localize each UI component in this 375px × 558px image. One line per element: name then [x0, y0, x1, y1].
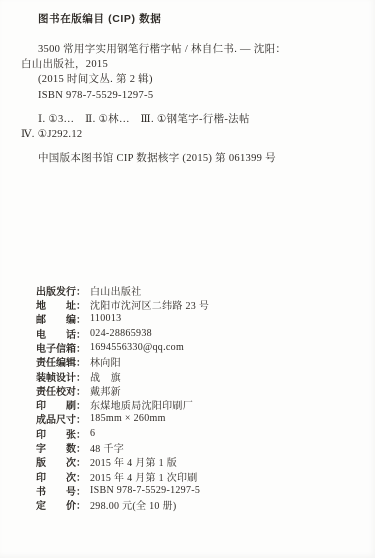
row-colon: ： [76, 454, 86, 469]
row-label: 责任校对 [36, 383, 76, 398]
row-value: ISBN 978-7-5529-1297-5 [90, 485, 200, 496]
row-value: 战 旗 [90, 369, 121, 384]
row-colon: ： [76, 383, 86, 398]
cip-line-title: 3500 常用字实用钢笔行楷字帖 / 林自仁书. — 沈阳： [21, 42, 367, 57]
cip-line-record-number: 中国版本图书馆 CIP 数据核字 (2015) 第 061399 号 [21, 151, 367, 166]
row-label: 电话 [36, 326, 76, 341]
colophon-row-wordcount: 字数：48 千字 [36, 440, 367, 454]
row-colon: ： [76, 426, 86, 441]
row-value: 沈阳市沈河区二纬路 23 号 [90, 297, 209, 312]
row-label: 地址 [36, 297, 76, 312]
row-label: 印张 [36, 426, 76, 441]
colophon-row-impression: 印次：2015 年 4 月第 1 次印刷 [36, 469, 367, 483]
row-value: 白山出版社 [90, 283, 142, 298]
row-value: 110013 [90, 313, 121, 324]
colophon-row-printer: 印刷：东煤地质局沈阳印刷厂 [36, 398, 367, 412]
row-colon: ： [76, 483, 86, 498]
colophon-row-address: 地址：沈阳市沈河区二纬路 23 号 [36, 297, 367, 311]
colophon-row-publisher: 出版发行：白山出版社 [36, 283, 367, 297]
colophon-section: 出版发行：白山出版社 地址：沈阳市沈河区二纬路 23 号 邮编：110013 电… [36, 283, 367, 512]
cip-line-class-number: Ⅳ. ①J292.12 [21, 127, 367, 142]
row-value: 东煤地质局沈阳印刷厂 [90, 397, 193, 412]
colophon-row-postcode: 邮编：110013 [36, 312, 367, 326]
colophon-row-proofreader: 责任校对：戴邦新 [36, 383, 367, 397]
cip-header: 图书在版编目 (CIP) 数据 [21, 13, 367, 25]
row-value: 185mm × 260mm [90, 413, 166, 424]
row-colon: ： [76, 369, 86, 384]
row-colon: ： [76, 326, 86, 341]
row-label: 字数 [36, 440, 76, 455]
row-label: 印次 [36, 469, 76, 484]
cip-line-classification: Ⅰ. ①3… Ⅱ. ①林… Ⅲ. ①钢笔字-行楷-法帖 [21, 112, 367, 127]
row-label: 定价 [36, 497, 76, 512]
row-label: 邮编 [36, 311, 76, 326]
row-colon: ： [76, 411, 86, 426]
row-colon: ： [76, 469, 86, 484]
row-label: 装帧设计 [36, 369, 76, 384]
row-colon: ： [76, 497, 86, 512]
row-value: 1694556330@qq.com [90, 342, 184, 353]
row-value: 48 千字 [90, 440, 124, 455]
row-colon: ： [76, 440, 86, 455]
row-colon: ： [76, 311, 86, 326]
colophon-row-phone: 电话：024-28865938 [36, 326, 367, 340]
colophon-row-price: 定价：298.00 元(全 10 册) [36, 498, 367, 512]
colophon-row-editor: 责任编辑：林向阳 [36, 355, 367, 369]
row-label: 书号 [36, 483, 76, 498]
row-value: 298.00 元(全 10 册) [90, 497, 176, 512]
copyright-page: 图书在版编目 (CIP) 数据 3500 常用字实用钢笔行楷字帖 / 林自仁书.… [0, 0, 375, 558]
row-label: 版次 [36, 454, 76, 469]
row-value: 024-28865938 [90, 328, 152, 339]
row-value: 2015 年 4 月第 1 版 [90, 454, 177, 469]
colophon-row-edition: 版次：2015 年 4 月第 1 版 [36, 455, 367, 469]
row-value: 2015 年 4 月第 1 次印刷 [90, 469, 198, 484]
cip-section: 图书在版编目 (CIP) 数据 3500 常用字实用钢笔行楷字帖 / 林自仁书.… [21, 13, 367, 166]
colophon-row-size: 成品尺寸：185mm × 260mm [36, 412, 367, 426]
row-label: 责任编辑 [36, 354, 76, 369]
row-value: 戴邦新 [90, 383, 121, 398]
colophon-row-email: 电子信箱：1694556330@qq.com [36, 340, 367, 354]
row-label: 出版发行 [36, 283, 76, 298]
colophon-row-sheets: 印张：6 [36, 426, 367, 440]
row-colon: ： [76, 283, 86, 298]
cip-line-publisher: 白山出版社，2015 [21, 57, 367, 72]
row-colon: ： [76, 297, 86, 312]
row-colon: ： [76, 354, 86, 369]
row-colon: ： [76, 397, 86, 412]
row-label: 成品尺寸 [36, 411, 76, 426]
row-value: 6 [90, 428, 95, 439]
cip-line-isbn: ISBN 978-7-5529-1297-5 [21, 88, 367, 103]
row-label: 电子信箱 [36, 340, 76, 355]
row-label: 印刷 [36, 397, 76, 412]
row-colon: ： [76, 340, 86, 355]
cip-line-series: (2015 时间文丛. 第 2 辑) [21, 72, 367, 87]
colophon-row-isbn: 书号：ISBN 978-7-5529-1297-5 [36, 483, 367, 497]
row-value: 林向阳 [90, 354, 121, 369]
colophon-row-designer: 装帧设计：战 旗 [36, 369, 367, 383]
